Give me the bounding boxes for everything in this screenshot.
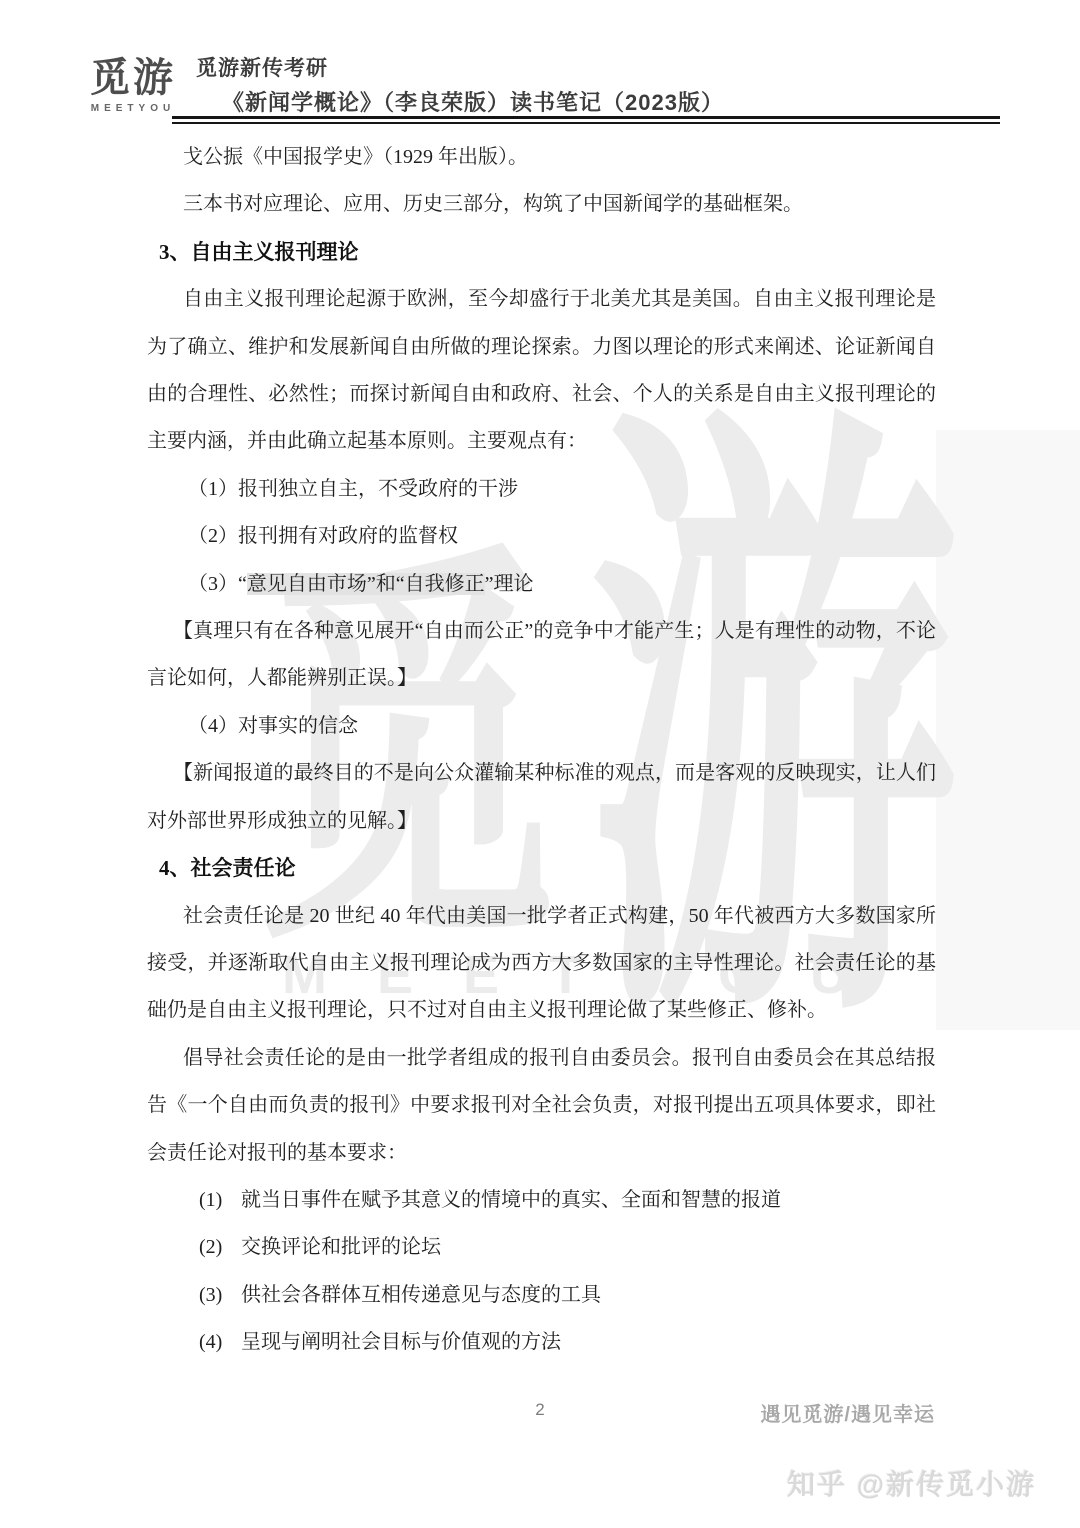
paragraph-press-commission: 倡导社会责任论的是由一批学者组成的报刊自由委员会。报刊自由委员会在其总结报告《一… xyxy=(147,1035,936,1177)
point-item-1: （1）报刊独立自主，不受政府的干涉 xyxy=(147,466,936,513)
requirement-number: (3) xyxy=(199,1272,241,1319)
requirement-text: 交换评论和批评的论坛 xyxy=(241,1236,441,1258)
header-brand-line: 觅游新传考研 xyxy=(196,52,328,82)
requirement-number: (1) xyxy=(199,1177,241,1224)
bracket-note-truth: 【真理只有在各种意见展开“自由而公正”的竞争中才能产生；人是有理性的动物，不论言… xyxy=(147,608,936,703)
point-3-prefix: （3）“ xyxy=(188,573,247,595)
requirement-text: 供社会各群体互相传递意见与态度的工具 xyxy=(241,1284,601,1306)
requirement-item: (3)供社会各群体互相传递意见与态度的工具 xyxy=(147,1272,936,1319)
logo-characters: 觅游 xyxy=(78,56,188,100)
page-number: 2 xyxy=(500,1400,580,1420)
requirement-text: 就当日事件在赋予其意义的情境中的真实、全面和智慧的报道 xyxy=(241,1189,781,1211)
requirement-item: (1)就当日事件在赋予其意义的情境中的真实、全面和智慧的报道 xyxy=(147,1177,936,1224)
bracket-note-news-report: 【新闻报道的最终目的不是向公众灌输某种标准的观点，而是客观的反映现实，让人们对外… xyxy=(147,750,936,845)
section-heading-3: 3、自由主义报刊理论 xyxy=(147,229,936,276)
point-item-2: （2）报刊拥有对政府的监督权 xyxy=(147,513,936,560)
paragraph-book-ref: 戈公振《中国报学史》（1929 年出版）。 xyxy=(147,134,936,181)
requirement-number: (4) xyxy=(199,1319,241,1366)
header-title-line: 《新闻学概论》（李良荣版）读书笔记（2023版） xyxy=(222,86,724,117)
requirements-list: (1)就当日事件在赋予其意义的情境中的真实、全面和智慧的报道 (2)交换评论和批… xyxy=(147,1177,936,1367)
logo-subtitle: MEETYOU xyxy=(78,103,188,114)
page-shade-band xyxy=(936,430,1080,1030)
section-heading-4: 4、社会责任论 xyxy=(147,845,936,892)
footer-slogan: 遇见觅游/遇见幸运 xyxy=(760,1398,935,1427)
point-item-3: （3）“意见自由市场”和“自我修正”理论 xyxy=(147,561,936,608)
requirement-item: (2)交换评论和批评的论坛 xyxy=(147,1224,936,1271)
requirement-number: (2) xyxy=(199,1224,241,1271)
requirement-item: (4)呈现与阐明社会目标与价值观的方法 xyxy=(147,1319,936,1366)
zhihu-author-watermark: 知乎 @新传觅小游 xyxy=(787,1463,1036,1503)
paragraph-social-responsibility: 社会责任论是 20 世纪 40 年代由美国一批学者正式构建，50 年代被西方大多… xyxy=(147,893,936,1035)
meetyou-logo: 觅游 MEETYOU xyxy=(78,56,188,114)
paragraph-three-books: 三本书对应理论、应用、历史三部分，构筑了中国新闻学的基础框架。 xyxy=(147,181,936,228)
header-divider-rule xyxy=(172,116,1000,124)
paragraph-liberal-theory: 自由主义报刊理论起源于欧洲，至今却盛行于北美尤其是美国。自由主义报刊理论是为了确… xyxy=(147,276,936,466)
document-page: 觅 游 MEETYOU 觅游 MEETYOU 觅游新传考研 《新闻学概论》（李良… xyxy=(0,0,1080,1528)
point-item-4: （4）对事实的信念 xyxy=(147,703,936,750)
requirement-text: 呈现与阐明社会目标与价值观的方法 xyxy=(241,1331,561,1353)
document-body: 戈公振《中国报学史》（1929 年出版）。 三本书对应理论、应用、历史三部分，构… xyxy=(147,134,936,1367)
point-3-highlighted-text: 意见自由市场”和“自我修正 xyxy=(247,573,485,595)
point-3-suffix: ”理论 xyxy=(485,573,534,595)
